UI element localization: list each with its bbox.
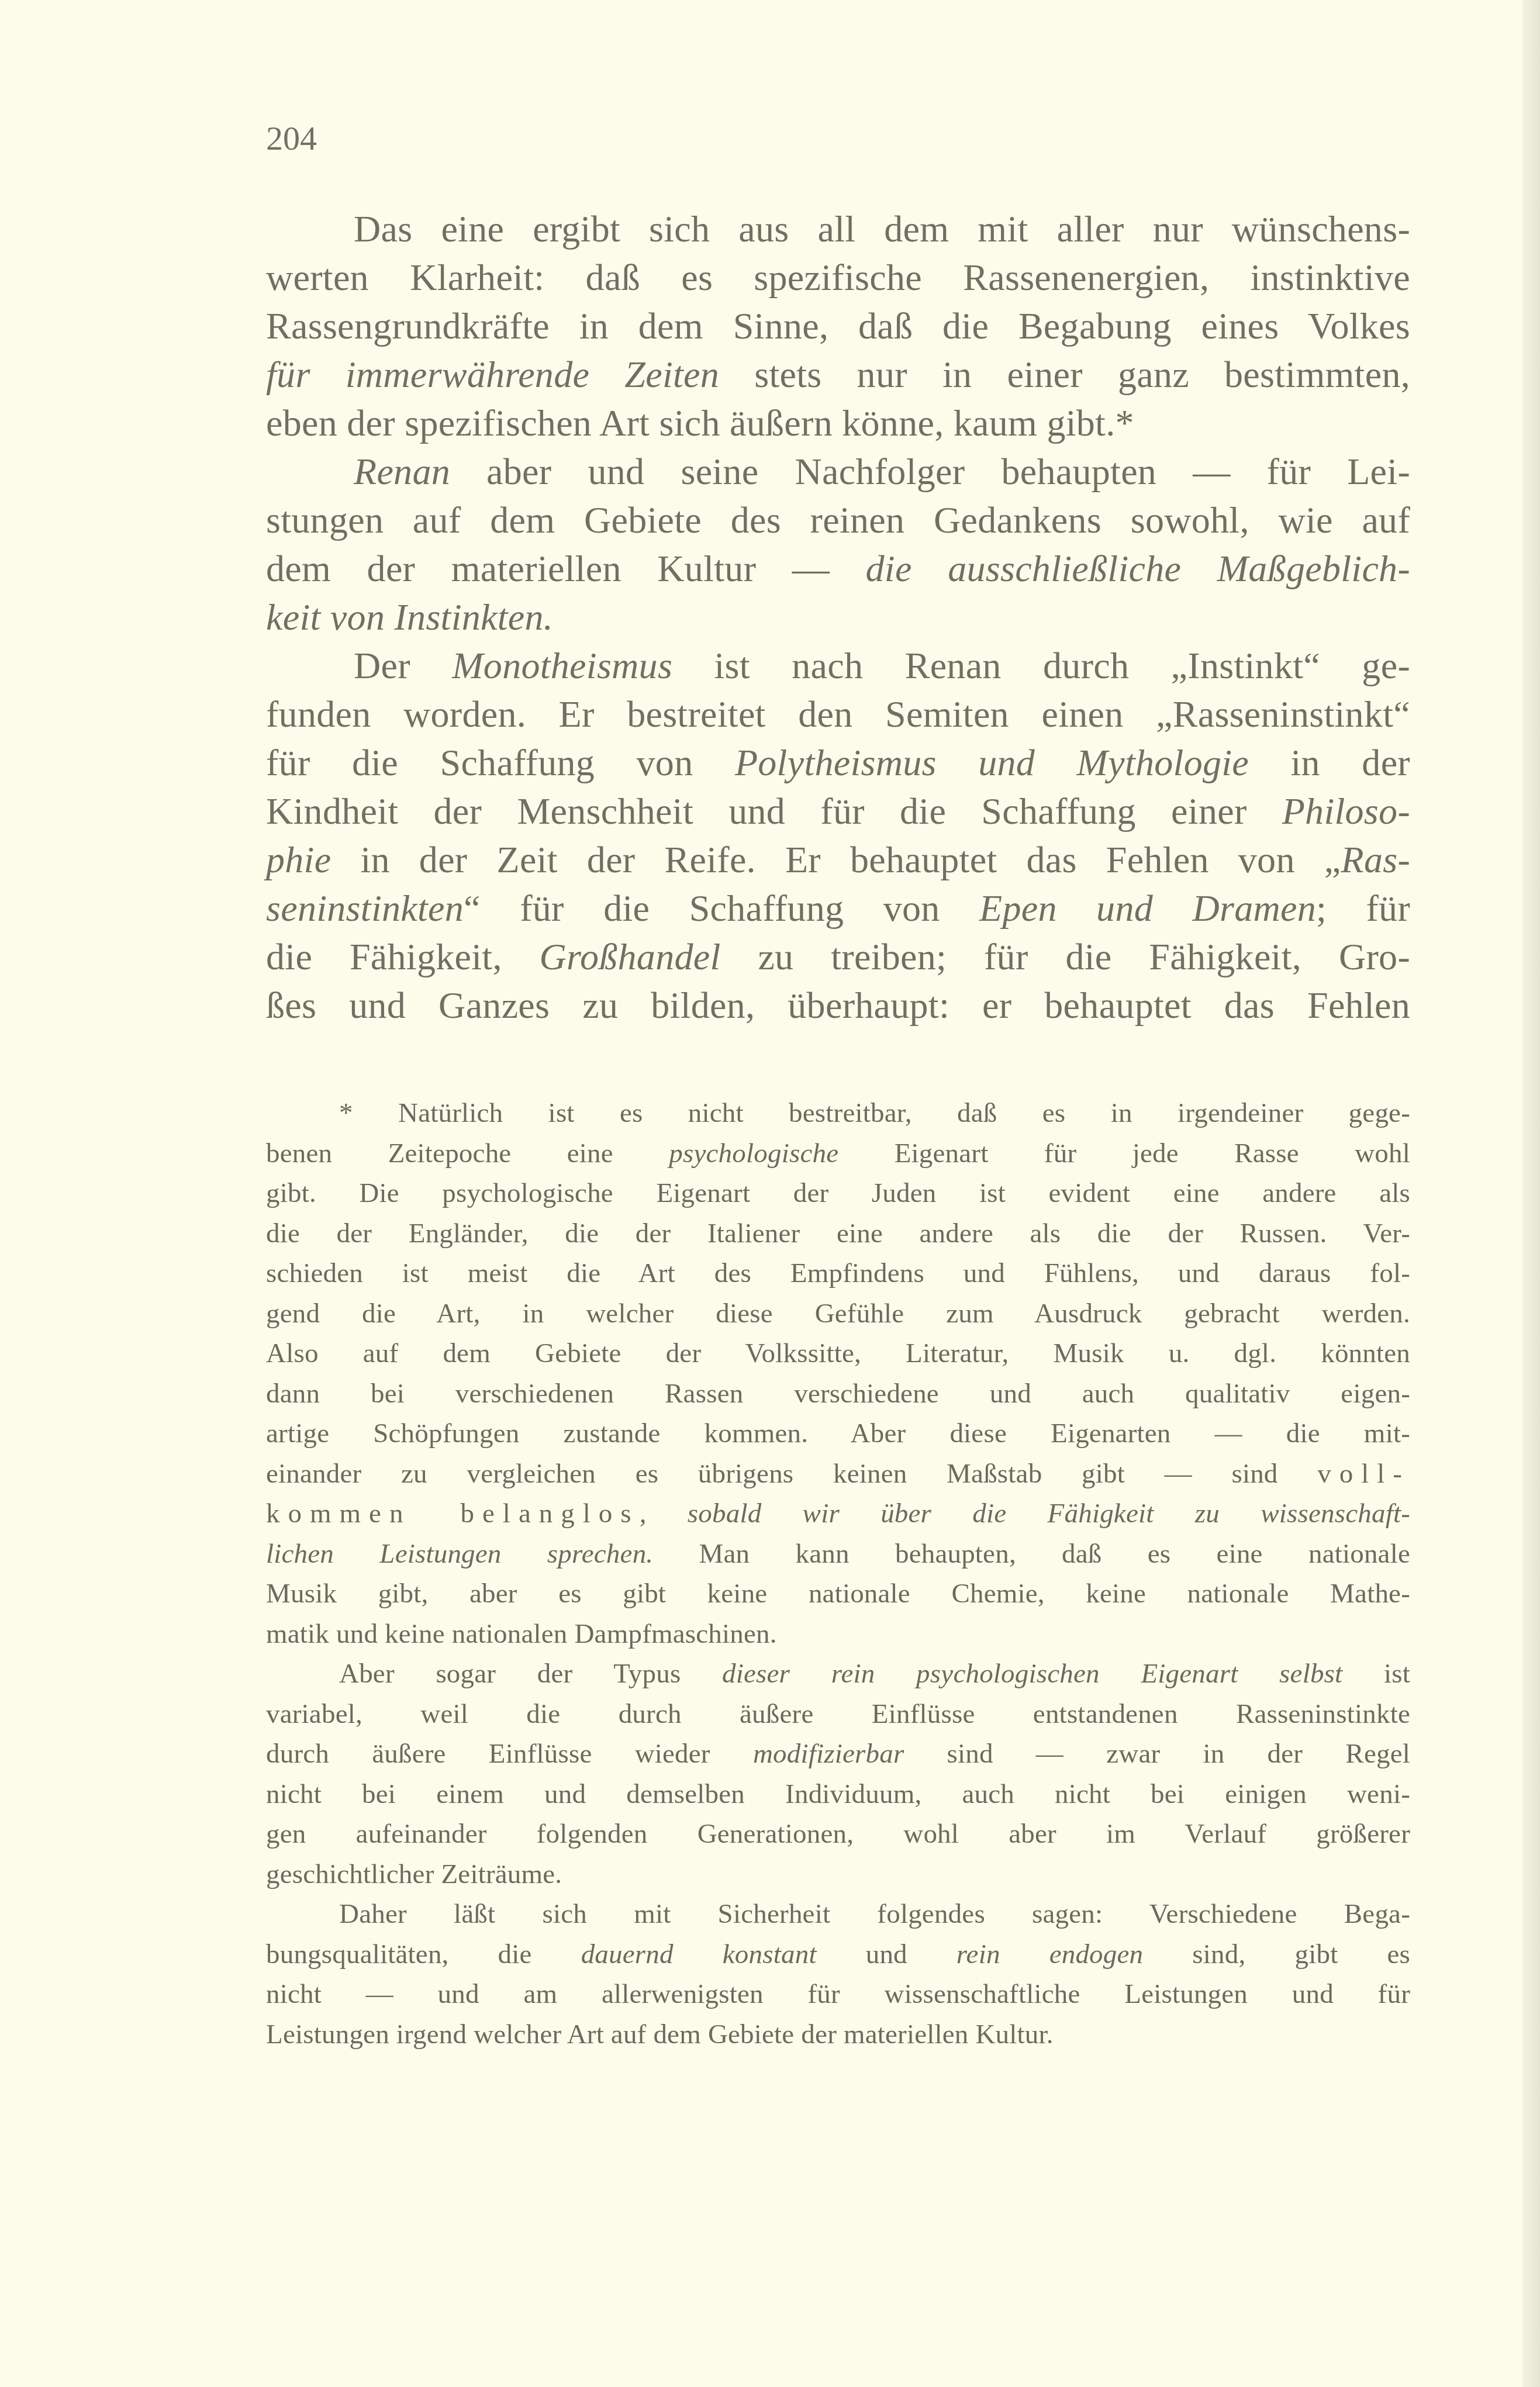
body-line: keit von Instinkten. xyxy=(266,593,1410,641)
text-segment: einander zu vergleichen es übrigens kein… xyxy=(266,1459,1317,1489)
text-segment: ist nach Renan durch „Instinkt“ ge- xyxy=(672,645,1410,686)
body-line: phie in der Zeit der Reife. Er behauptet… xyxy=(266,835,1410,884)
italic-text: sobald wir über die Fähigkeit zu wissens… xyxy=(688,1498,1410,1529)
italic-text: phie xyxy=(266,839,331,880)
text-segment: durch äußere Einflüsse wieder xyxy=(266,1739,753,1769)
italic-text: Renan xyxy=(354,451,450,492)
footnote-line: lichen Leistungen sprechen. Man kann beh… xyxy=(266,1534,1410,1574)
italic-text: lichen Leistungen sprechen. xyxy=(266,1539,653,1569)
text-segment: gen aufeinander folgenden Generationen, … xyxy=(266,1819,1410,1849)
text-segment: für die Schaffung von xyxy=(266,742,735,783)
footnote-line: Daher läßt sich mit Sicherheit folgendes… xyxy=(266,1894,1410,1935)
page-number: 204 xyxy=(266,122,317,156)
footnote-line: nicht — und am allerwenigsten für wissen… xyxy=(266,1974,1410,2015)
text-segment: Eigenart für jede Rasse wohl xyxy=(838,1138,1410,1169)
text-segment: Leistungen irgend welcher Art auf dem Ge… xyxy=(266,2019,1054,2050)
footnote-line: die der Engländer, die der Italiener ein… xyxy=(266,1214,1410,1254)
text-segment: variabel, weil die durch äußere Einflüss… xyxy=(266,1699,1410,1729)
spaced-emphasis-text: kommen belanglos xyxy=(266,1498,640,1529)
body-line: Rassengrundkräfte in dem Sinne, daß die … xyxy=(266,302,1410,350)
body-line: seninstinkten“ für die Schaffung von Epe… xyxy=(266,884,1410,932)
body-line: ßes und Ganzes zu bilden, überhaupt: er … xyxy=(266,981,1410,1030)
text-segment: ßes und Ganzes zu bilden, überhaupt: er … xyxy=(266,984,1410,1026)
italic-text: seninstinkten xyxy=(266,887,464,929)
italic-text: psychologische xyxy=(669,1138,838,1169)
body-line: Das eine ergibt sich aus all dem mit all… xyxy=(266,205,1410,253)
footnote-line: gend die Art, in welcher diese Gefühle z… xyxy=(266,1294,1410,1334)
text-segment: “ für die Schaffung von xyxy=(464,887,979,929)
footnote-line: gen aufeinander folgenden Generationen, … xyxy=(266,1814,1410,1854)
text-segment: bungsqualitäten, die xyxy=(266,1939,581,1970)
footnote-line: gibt. Die psychologische Eigenart der Ju… xyxy=(266,1173,1410,1214)
italic-text: dauernd konstant xyxy=(581,1939,817,1970)
text-segment: die Fähigkeit, xyxy=(266,936,540,977)
text-segment: nicht — und am allerwenigsten für wissen… xyxy=(266,1979,1410,2009)
footnote-line: einander zu vergleichen es übrigens kein… xyxy=(266,1454,1410,1494)
italic-text: für immerwährende Zeiten xyxy=(266,354,719,395)
text-segment: stets nur in einer ganz bestimmten, xyxy=(719,354,1410,395)
italic-text: Monotheismus xyxy=(452,645,672,686)
text-segment: in der xyxy=(1249,742,1410,783)
footnote-line: dann bei verschiedenen Rassen verschiede… xyxy=(266,1374,1410,1414)
text-segment: eben der spezifischen Art sich äußern kö… xyxy=(266,402,1134,444)
text-segment: zu treiben; für die Fähigkeit, Gro- xyxy=(721,936,1410,977)
text-segment: Das eine ergibt sich aus all dem mit all… xyxy=(354,208,1410,250)
footnote-line: matik und keine nationalen Dampfmaschine… xyxy=(266,1614,1410,1654)
text-segment: funden worden. Er bestreitet den Semiten… xyxy=(266,693,1410,735)
footnote-line: durch äußere Einflüsse wieder modifizier… xyxy=(266,1734,1410,1774)
footnote-line: geschichtlicher Zeiträume. xyxy=(266,1854,1410,1895)
text-segment: stungen auf dem Gebiete des reinen Gedan… xyxy=(266,499,1410,541)
italic-text: Polytheismus und Mythologie xyxy=(735,742,1249,783)
text-segment: werten Klarheit: daß es spezifische Rass… xyxy=(266,257,1410,298)
italic-text: die ausschließliche Maßgeblich- xyxy=(866,548,1410,589)
text-segment: sind — zwar in der Regel xyxy=(904,1739,1410,1769)
text-segment: ; für xyxy=(1316,887,1410,929)
footnote-line: Also auf dem Gebiete der Volkssitte, Lit… xyxy=(266,1334,1410,1374)
text-segment: Man kann behaupten, daß es eine national… xyxy=(653,1539,1410,1569)
text-segment: dem der materiellen Kultur — xyxy=(266,548,866,589)
italic-text: Ras- xyxy=(1341,839,1410,880)
text-segment: benen Zeitepoche eine xyxy=(266,1138,669,1169)
text-segment: Musik gibt, aber es gibt keine nationale… xyxy=(266,1578,1410,1609)
footnote-line: nicht bei einem und demselben Individuum… xyxy=(266,1774,1410,1815)
footnote-line: bungsqualitäten, die dauernd konstant un… xyxy=(266,1935,1410,1975)
text-segment: Aber sogar der Typus xyxy=(339,1659,722,1689)
italic-text: Epen und Dramen xyxy=(979,887,1316,929)
footnote-line: schieden ist meist die Art des Empfinden… xyxy=(266,1253,1410,1294)
footnote-line: kommen belanglos, sobald wir über die Fä… xyxy=(266,1494,1410,1534)
text-segment: nicht bei einem und demselben Individuum… xyxy=(266,1779,1410,1809)
footnote-line: artige Schöpfungen zustande kommen. Aber… xyxy=(266,1414,1410,1454)
text-segment: artige Schöpfungen zustande kommen. Aber… xyxy=(266,1418,1410,1449)
text-segment: gibt. Die psychologische Eigenart der Ju… xyxy=(266,1178,1410,1208)
italic-text: rein endogen xyxy=(957,1939,1143,1970)
text-segment: Rassengrundkräfte in dem Sinne, daß die … xyxy=(266,305,1410,347)
text-segment: geschichtlicher Zeiträume. xyxy=(266,1859,562,1889)
body-line: Renan aber und seine Nachfolger behaupte… xyxy=(266,447,1410,496)
italic-text: dieser rein psychologischen Eigenart sel… xyxy=(722,1659,1342,1689)
body-line: für immerwährende Zeiten stets nur in ei… xyxy=(266,350,1410,399)
text-segment: Also auf dem Gebiete der Volkssitte, Lit… xyxy=(266,1338,1410,1369)
footnote-line: Leistungen irgend welcher Art auf dem Ge… xyxy=(266,2015,1410,2055)
text-segment: sind, gibt es xyxy=(1143,1939,1410,1970)
body-line: funden worden. Er bestreitet den Semiten… xyxy=(266,690,1410,738)
text-segment: Daher läßt sich mit Sicherheit folgendes… xyxy=(339,1899,1410,1929)
text-segment: in der Zeit der Reife. Er behauptet das … xyxy=(331,839,1341,880)
footnote-line: variabel, weil die durch äußere Einflüss… xyxy=(266,1694,1410,1735)
italic-text: Philoso- xyxy=(1282,790,1410,832)
body-line: Der Monotheismus ist nach Renan durch „I… xyxy=(266,641,1410,690)
text-segment: aber und seine Nachfolger behaupten — fü… xyxy=(450,451,1410,492)
text-segment: gend die Art, in welcher diese Gefühle z… xyxy=(266,1298,1410,1329)
text-segment: schieden ist meist die Art des Empfinden… xyxy=(266,1258,1410,1289)
footnote-line: Musik gibt, aber es gibt keine nationale… xyxy=(266,1574,1410,1614)
text-segment: ist xyxy=(1342,1659,1410,1689)
text-segment: , xyxy=(640,1498,688,1529)
italic-text: modifizierbar xyxy=(753,1739,904,1769)
body-line: werten Klarheit: daß es spezifische Rass… xyxy=(266,253,1410,302)
text-segment: * Natürlich ist es nicht bestreitbar, da… xyxy=(339,1098,1410,1128)
footnote-line: benen Zeitepoche eine psychologische Eig… xyxy=(266,1134,1410,1174)
text-segment: Kindheit der Menschheit und für die Scha… xyxy=(266,790,1282,832)
footnote-line: * Natürlich ist es nicht bestreitbar, da… xyxy=(266,1093,1410,1134)
footnote-line: Aber sogar der Typus dieser rein psychol… xyxy=(266,1654,1410,1694)
italic-text: keit von Instinkten. xyxy=(266,596,553,638)
page-edge-shadow xyxy=(1522,0,1540,2387)
body-line: die Fähigkeit, Großhandel zu treiben; fü… xyxy=(266,932,1410,981)
footnote-block: * Natürlich ist es nicht bestreitbar, da… xyxy=(266,1093,1410,2054)
spaced-emphasis-text: voll- xyxy=(1317,1459,1410,1489)
body-line: für die Schaffung von Polytheismus und M… xyxy=(266,738,1410,787)
text-segment: dann bei verschiedenen Rassen verschiede… xyxy=(266,1379,1410,1409)
text-segment: Der xyxy=(354,645,452,686)
body-line: stungen auf dem Gebiete des reinen Gedan… xyxy=(266,496,1410,544)
body-line: dem der materiellen Kultur — die ausschl… xyxy=(266,544,1410,593)
body-line: Kindheit der Menschheit und für die Scha… xyxy=(266,787,1410,835)
text-segment: matik und keine nationalen Dampfmaschine… xyxy=(266,1619,777,1649)
italic-text: Großhandel xyxy=(540,936,721,977)
text-segment: und xyxy=(817,1939,957,1970)
body-line: eben der spezifischen Art sich äußern kö… xyxy=(266,399,1410,447)
main-body-text: Das eine ergibt sich aus all dem mit all… xyxy=(266,205,1410,1030)
text-segment: die der Engländer, die der Italiener ein… xyxy=(266,1218,1410,1249)
